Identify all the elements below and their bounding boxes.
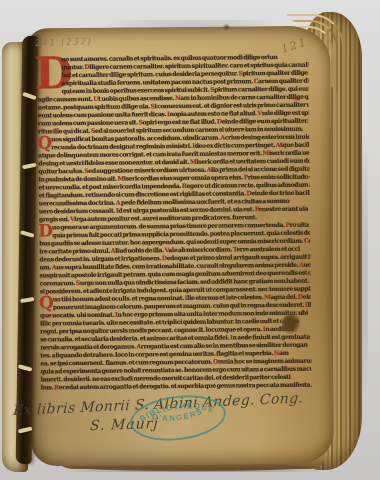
sewing-thread <box>20 230 35 238</box>
drop-cap-initial: D <box>38 224 51 240</box>
drop-cap-initial: Q <box>37 136 50 152</box>
manuscript-paragraph: Duo genera se argumentorum. de summa pri… <box>39 222 311 297</box>
manuscript-paragraph: Quo tibi bonum adest oculis. et regna no… <box>40 294 312 393</box>
drop-cap-initial: Q <box>39 296 52 312</box>
sewing-thread <box>20 297 34 303</box>
manuscript-paragraph: Duo sunt amores. carnalis et spiritualis… <box>37 54 309 137</box>
drop-cap-initial: D <box>34 57 59 89</box>
parchment-stain <box>250 208 276 222</box>
manuscript-text-block: Duo sunt amores. carnalis et spiritualis… <box>37 54 312 393</box>
sewing-thread <box>18 364 33 371</box>
sewing-thread <box>18 426 33 433</box>
sewing-thread <box>22 163 37 170</box>
red-smudge <box>291 95 302 102</box>
dark-fleck <box>222 24 231 30</box>
